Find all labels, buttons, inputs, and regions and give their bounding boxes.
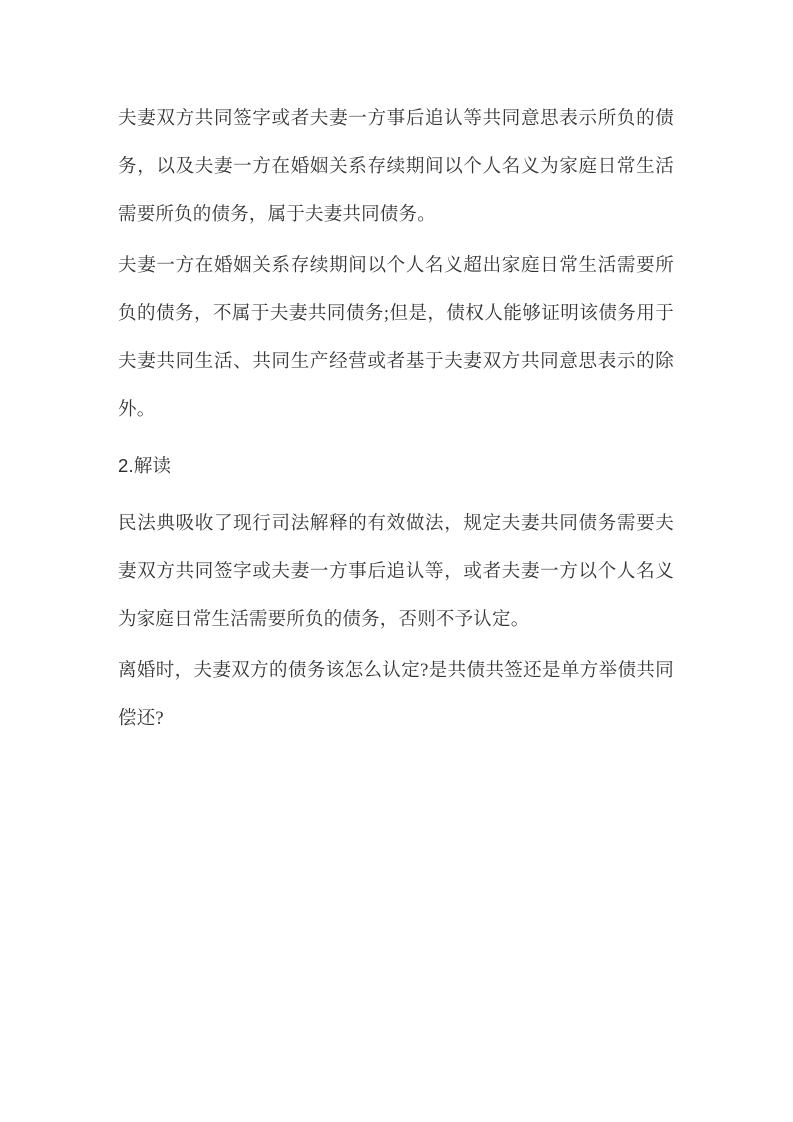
section-heading: 2.解读 [118, 442, 674, 491]
paragraph-joint-debt-definition: 夫妻双方共同签字或者夫妻一方事后追认等共同意思表示所负的债务，以及夫妻一方在婚姻… [118, 95, 674, 239]
paragraph-divorce-debt-question: 离婚时，夫妻双方的债务该怎么认定?是共债共签还是单方举债共同偿还? [118, 647, 674, 743]
section-number: 2. [118, 455, 134, 476]
document-page: 夫妻双方共同签字或者夫妻一方事后追认等共同意思表示所负的债务，以及夫妻一方在婚姻… [0, 0, 793, 1122]
paragraph-joint-debt-exception: 夫妻一方在婚姻关系存续期间以个人名义超出家庭日常生活需要所负的债务，不属于夫妻共… [118, 242, 674, 434]
section-title: 解读 [134, 457, 171, 477]
paragraph-civil-code-interpretation: 民法典吸收了现行司法解释的有效做法，规定夫妻共同债务需要夫妻双方共同签字或夫妻一… [118, 500, 674, 644]
